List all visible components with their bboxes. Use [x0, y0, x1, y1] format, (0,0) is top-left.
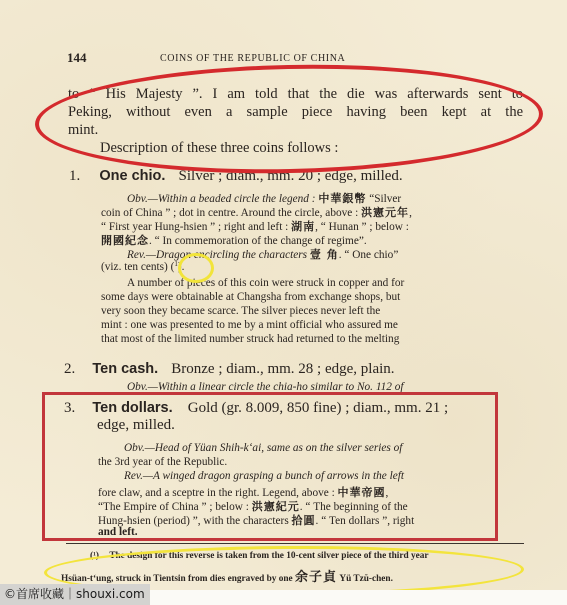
- coin-2-number: 2.: [64, 361, 75, 377]
- coin-2-name: Ten cash.: [92, 361, 158, 377]
- coin-2-heading: 2. Ten cash. Bronze ; diam., mm. 28 ; ed…: [64, 358, 395, 378]
- coin-1-number: 1.: [69, 168, 80, 184]
- page-number: 144: [67, 50, 87, 66]
- watermark: ©首席收藏｜shouxi.com: [0, 584, 150, 605]
- coin-1-reverse-line-2: (viz. ten cents) (1).: [101, 260, 185, 273]
- red-ellipse-annotation: [34, 60, 544, 179]
- coin-1-note-line-2: some days were obtainable at Changsha fr…: [101, 291, 400, 303]
- coin-1-note-line-4: mint : one was presented to me by a mint…: [101, 319, 398, 331]
- bottom-margin-strip: [150, 590, 567, 605]
- coin-1-note-line-5: that most of the limited number struck h…: [101, 333, 399, 345]
- red-rectangle-annotation: [42, 392, 498, 541]
- coin-2-spec: Bronze ; diam., mm. 28 ; edge, plain.: [171, 361, 394, 377]
- yellow-circle-annotation: [178, 253, 214, 283]
- running-title: COINS OF THE REPUBLIC OF CHINA: [160, 53, 345, 64]
- coin-1-note-line-3: very soon they became scarce. The silver…: [101, 305, 380, 317]
- footnote-divider: [66, 543, 524, 544]
- coin-1-name: One chio.: [99, 168, 165, 184]
- scanned-book-page: 144 COINS OF THE REPUBLIC OF CHINA to “ …: [0, 0, 567, 605]
- coin-1-note-line-1: A number of pieces of this coin were str…: [127, 277, 404, 289]
